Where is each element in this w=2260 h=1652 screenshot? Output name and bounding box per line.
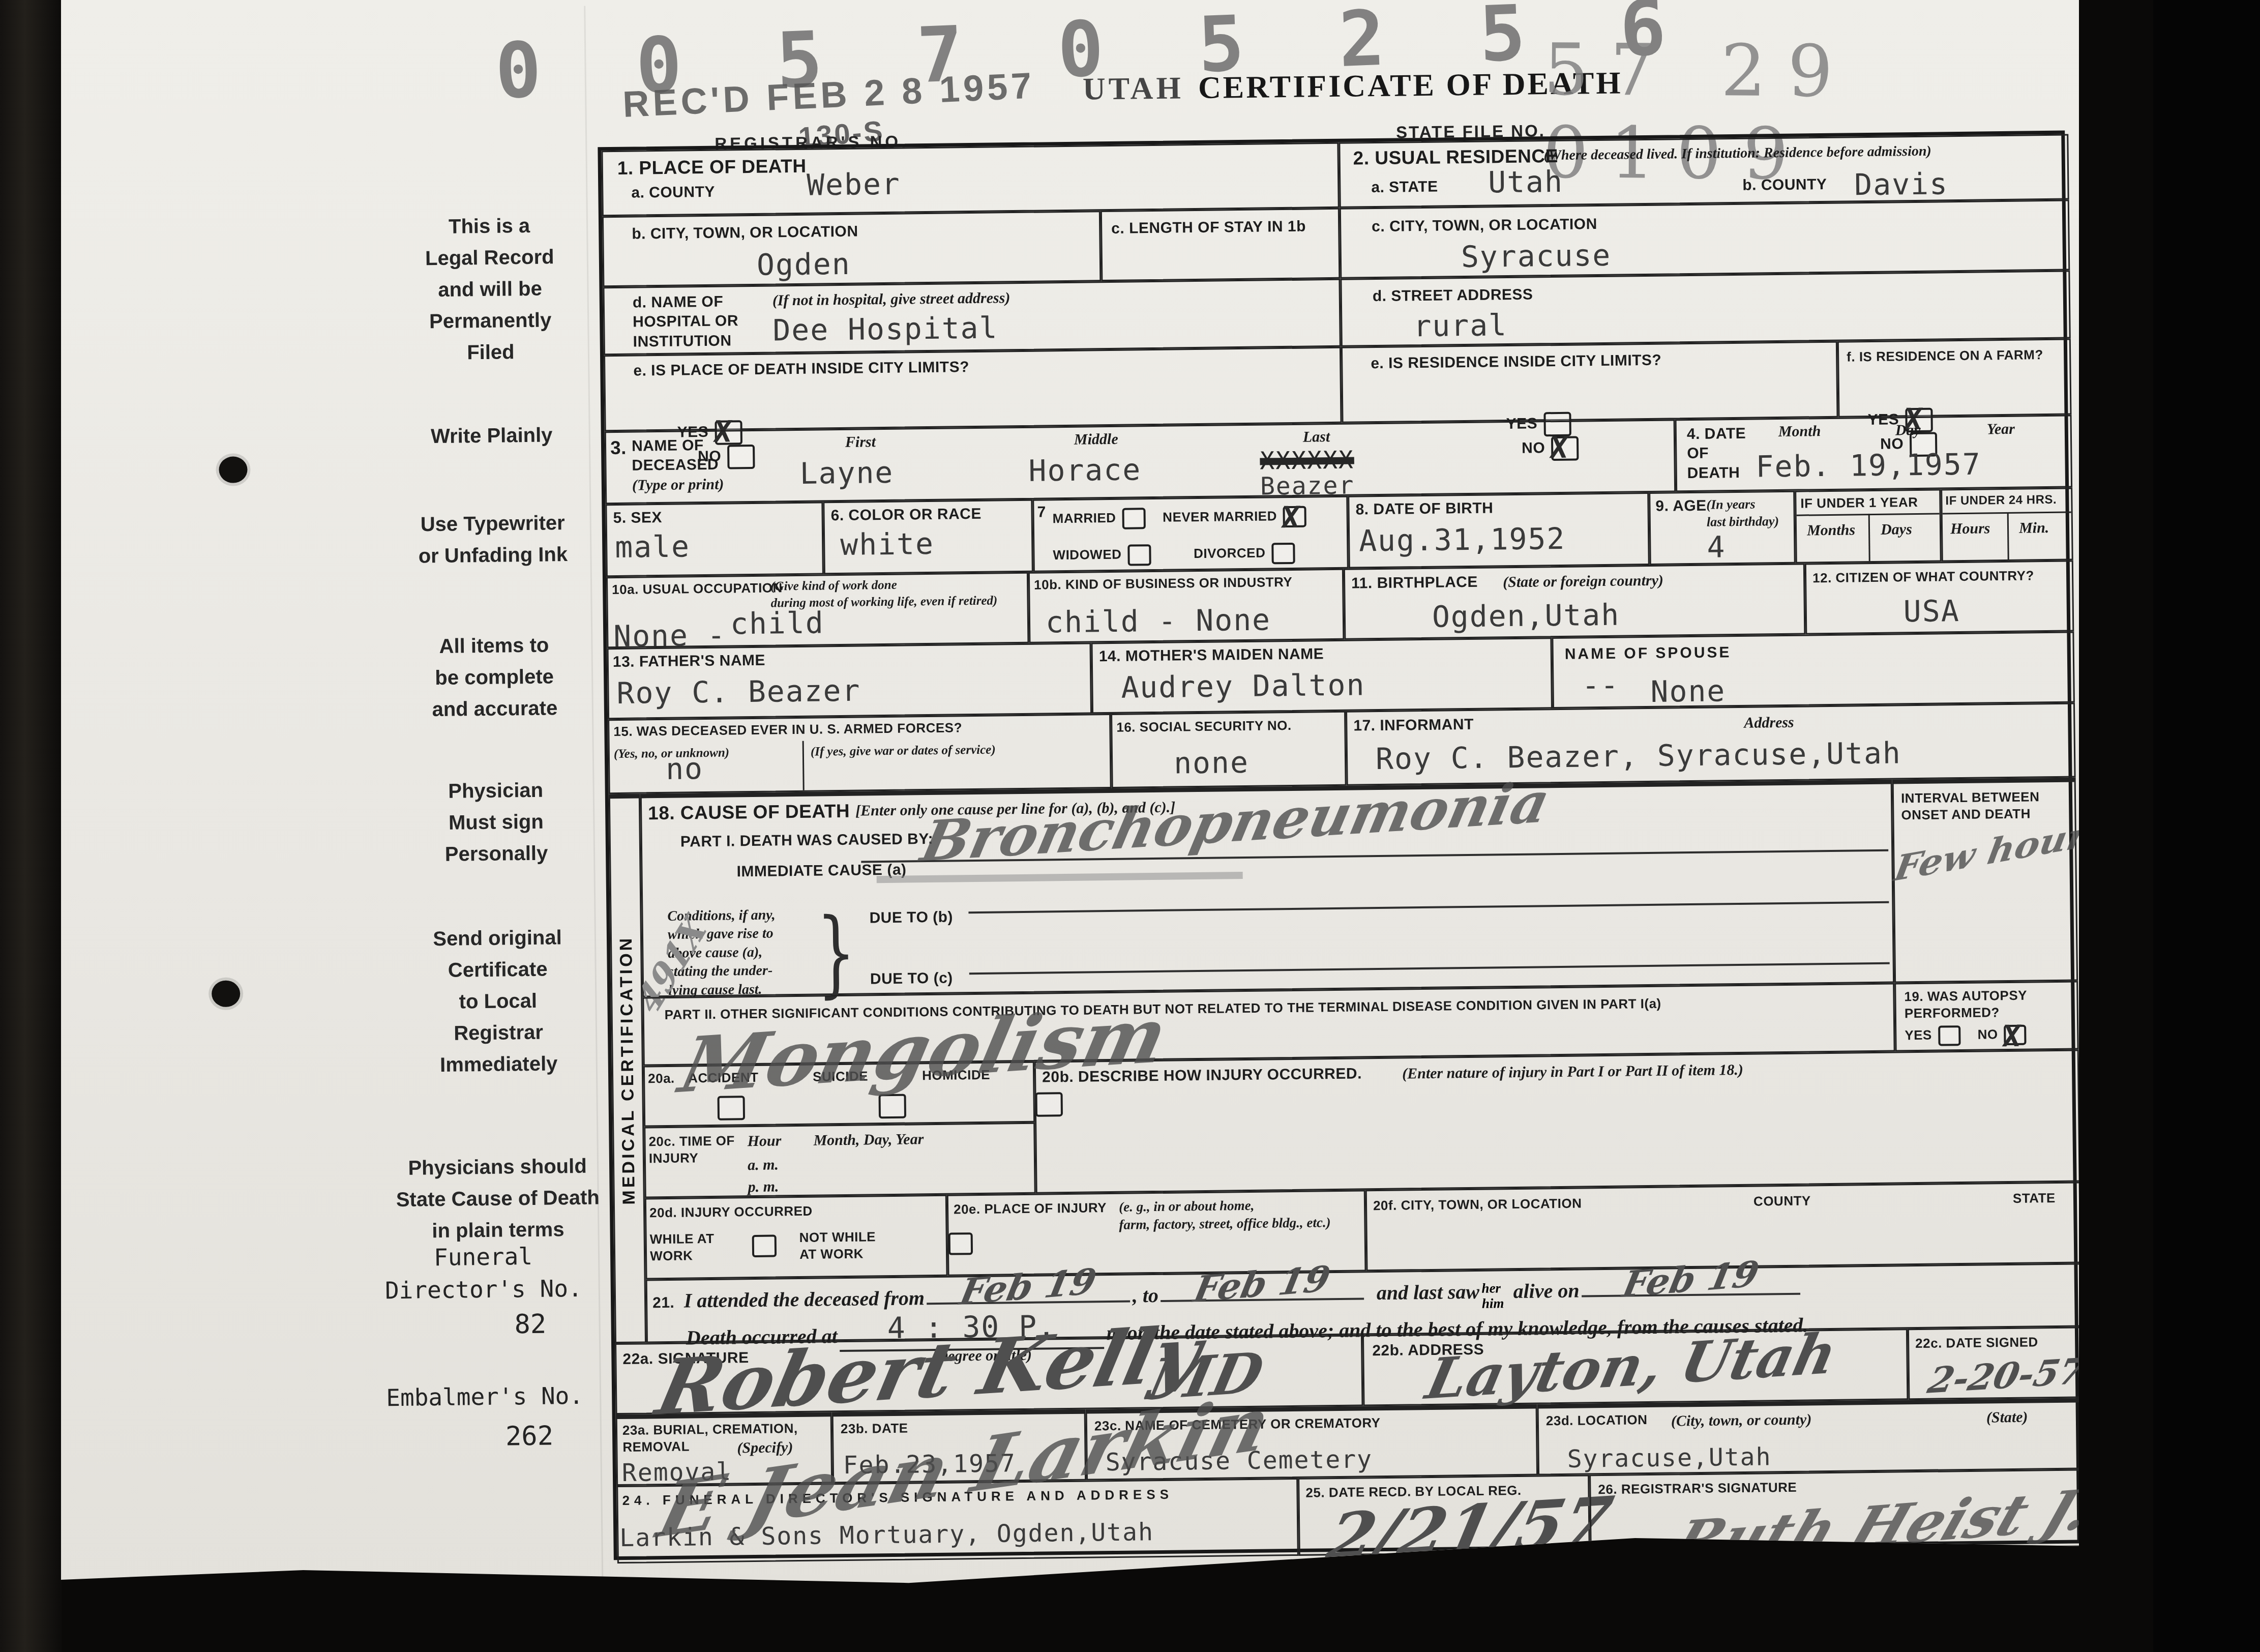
margin-note-complete-accurate: All items to be complete and accurate <box>374 629 614 726</box>
attended-text: I attended the deceased from <box>684 1286 925 1312</box>
field-name-of-deceased: 3. NAME OF DECEASED (Type or print) Firs… <box>605 419 1676 504</box>
field-date-received: 25. DATE RECD. BY LOCAL REG. 2/21/57 <box>1298 1474 1590 1555</box>
punch-hole <box>212 980 241 1007</box>
field-name-of-spouse: NAME OF SPOUSE -- None <box>1552 631 2075 709</box>
attended-to-underline: Feb 19 <box>1161 1297 1364 1302</box>
embalmers-no-value: 262 <box>505 1418 554 1456</box>
first-label: First <box>845 432 876 452</box>
scan-tilt-wrapper: 0 0 5 7 0 5 2 5 6 REC'D FEB 2 8 1957 130… <box>52 0 2088 1614</box>
field-cause-of-death: 18. CAUSE OF DEATH [Enter only one cause… <box>640 780 1894 997</box>
margin-note-send-original: Send original Certificate to Local Regis… <box>378 921 618 1081</box>
field-label: NAME OF SPOUSE <box>1565 643 1732 664</box>
field-number: 7 <box>1037 503 1046 522</box>
field-label: 14. MOTHER'S MAIDEN NAME <box>1099 644 1324 666</box>
field-social-security: 16. SOCIAL SECURITY NO. none <box>1111 711 1347 788</box>
state-hint: (State) <box>1986 1407 2028 1428</box>
burial-location-value: Syracuse,Utah <box>1567 1442 1771 1473</box>
embalmers-no-label: Embalmer's No. <box>342 1379 628 1415</box>
informant-value: Roy C. Beazer, Syracuse,Utah <box>1376 735 1901 776</box>
scanner-left-band <box>0 0 62 1652</box>
field-hint: (State or foreign country) <box>1503 571 1663 593</box>
field-label: 8. DATE OF BIRTH <box>1355 498 1493 519</box>
field-interval-onset-death: INTERVAL BETWEEN ONSET AND DEATH Few hou… <box>1892 777 2078 983</box>
field-residence-farm: f. IS RESIDENCE ON A FARM? YESX NO <box>1837 339 2072 418</box>
ink-smudge <box>877 872 1243 883</box>
x-mark: X <box>2001 1019 2023 1054</box>
her-label: her <box>1481 1281 1504 1296</box>
months-label: Months <box>1807 520 1855 540</box>
county-label: COUNTY <box>1753 1192 1811 1210</box>
field-residence-city-limits: e. IS RESIDENCE INSIDE CITY LIMITS? YES … <box>1341 341 1838 423</box>
margin-note-typewriter: Use Typewriter or Unfading Ink <box>373 507 612 572</box>
county-label: a. COUNTY <box>631 183 715 203</box>
field-armed-forces: 15. WAS DECEASED EVER IN U. S. ARMED FOR… <box>608 714 1112 794</box>
field-label: f. IS RESIDENCE ON A FARM? <box>1847 346 2043 366</box>
field-number: 21. <box>652 1294 675 1311</box>
mother-value: Audrey Dalton <box>1121 667 1365 704</box>
field-hint: (City, town, or county) <box>1671 1409 1812 1431</box>
county-value: Davis <box>1854 166 1948 202</box>
field-label: 9. AGE <box>1655 496 1707 517</box>
married-checkbox <box>1122 508 1145 529</box>
field-label: 26. REGISTRAR'S SIGNATURE <box>1598 1479 1797 1498</box>
field-hospital: d. NAME OF HOSPITAL OR INSTITUTION (If n… <box>603 279 1341 355</box>
spouse-value-dash: -- <box>1582 668 1620 703</box>
divider <box>1868 514 1870 561</box>
spouse-value: None <box>1650 673 1726 709</box>
scanner-right-band <box>2153 0 2260 1652</box>
hours-label: Hours <box>1950 518 1990 539</box>
yes-no-row: YES NOX <box>1905 1024 2033 1046</box>
field-number: 3. <box>610 436 627 460</box>
min-label: Min. <box>2019 518 2049 538</box>
age-value: 4 <box>1707 529 1726 564</box>
her-him-stack: herhim <box>1481 1281 1504 1311</box>
yes-checkbox <box>1938 1025 1960 1046</box>
field-hint: (e. g., in or about home, farm, factory,… <box>1119 1196 1331 1234</box>
day-label: Day <box>1895 420 1921 440</box>
alive-on-underline: Feb 19 <box>1582 1293 1800 1297</box>
part1-label: PART I. DEATH WAS CAUSED BY: <box>680 830 934 852</box>
not-while-at-work-label: NOT WHILE AT WORK <box>799 1228 876 1263</box>
field-label: b. CITY, TOWN, OR LOCATION <box>632 222 858 244</box>
field-label: NAME OF DECEASED <box>632 436 719 476</box>
widowed-label: WIDOWED <box>1053 547 1121 563</box>
medical-certification-label: MEDICAL CERTIFICATION <box>616 935 639 1204</box>
margin-note-physician-sign: Physician Must sign Personally <box>376 774 616 871</box>
field-sex: 5. SEX male <box>605 501 824 577</box>
field-time-of-injury: 20c. TIME OF INJURY Hour a. m. p. m. Mon… <box>644 1123 1036 1198</box>
field-label: 6. COLOR OR RACE <box>830 505 982 526</box>
margin-note-write-plainly: Write Plainly <box>372 419 611 453</box>
married-label: MARRIED <box>1053 510 1116 526</box>
field-date-of-death: 4. DATE OF DEATH Month Day Year Feb. 19,… <box>1675 415 2073 492</box>
county-value: Weber <box>807 167 901 202</box>
field-if-under-24-hrs: IF UNDER 24 HRS. Hours Min. <box>1941 487 2073 562</box>
field-label: 1. PLACE OF DEATH <box>617 154 807 181</box>
state-label: a. STATE <box>1371 178 1438 198</box>
city-value: Ogden <box>757 247 851 282</box>
street-value: rural <box>1413 308 1507 343</box>
brace: } <box>816 898 856 1008</box>
father-value: Roy C. Beazer <box>616 673 861 711</box>
yes-label: YES <box>1905 1027 1932 1043</box>
county-label: b. COUNTY <box>1742 175 1827 195</box>
divider <box>2007 512 2009 559</box>
page-title: UTAH CERTIFICATE OF DEATH <box>1083 65 1623 107</box>
no-checkbox: X <box>2004 1025 2026 1045</box>
field-label: 15. WAS DECEASED EVER IN U. S. ARMED FOR… <box>613 719 962 740</box>
field-birthplace: 11. BIRTHPLACE (State or foreign country… <box>1344 563 1806 639</box>
margin-note-plain-terms: Physicians should State Cause of Death i… <box>340 1149 656 1248</box>
state-value: Utah <box>1488 164 1563 200</box>
field-color-or-race: 6. COLOR OR RACE white <box>823 499 1033 575</box>
date-of-death-value: Feb. 19,1957 <box>1756 447 1981 484</box>
field-burial-location: 23d. LOCATION (City, town, or county) (S… <box>1537 1398 2084 1475</box>
middle-name: Horace <box>1028 452 1141 488</box>
x-mark: X <box>1280 500 1302 535</box>
am-label: a. m. <box>748 1155 779 1175</box>
funeral-director-no-value: 82 <box>514 1306 546 1344</box>
state-label: STATE <box>2013 1190 2056 1207</box>
middle-label: Middle <box>1074 429 1118 450</box>
field-hint: (Enter nature of injury in Part I or Par… <box>1402 1060 1743 1084</box>
field-autopsy: 19. WAS AUTOPSY PERFORMED? YES NOX <box>1894 981 2079 1051</box>
field-usual-occupation: 10a. USUAL OCCUPATION (Give kind of work… <box>606 572 1029 648</box>
ssn-value: none <box>1174 745 1249 781</box>
race-value: white <box>840 526 934 562</box>
punch-hole <box>219 456 248 483</box>
business-value: child - None <box>1046 602 1271 639</box>
due-to-b-label: DUE TO (b) <box>869 908 953 928</box>
field-funeral-director: 24. FUNERAL DIRECTOR'S SIGNATURE AND ADD… <box>616 1478 1299 1563</box>
field-label: 17. INFORMANT <box>1353 715 1474 736</box>
field-label: 20c. TIME OF INJURY <box>648 1132 735 1167</box>
field-place-of-death: 1. PLACE OF DEATH a. COUNTY Weber <box>601 142 1339 216</box>
field-describe-injury: 20b. DESCRIBE HOW INJURY OCCURRED. (Ente… <box>1034 1049 2080 1193</box>
field-hint-2: (If yes, give war or dates of service) <box>811 741 1101 760</box>
field-usual-residence: 2. USUAL RESIDENCE (Where deceased lived… <box>1339 134 2069 208</box>
last-saw-text: and last saw <box>1377 1280 1480 1304</box>
certificate-form: 1. PLACE OF DEATH a. COUNTY Weber 2. USU… <box>598 131 2080 1560</box>
field-label: 20d. INJURY OCCURRED <box>649 1203 813 1222</box>
field-date-of-birth: 8. DATE OF BIRTH Aug.31,1952 <box>1348 492 1650 569</box>
dob-value: Aug.31,1952 <box>1359 521 1566 558</box>
field-label: INTERVAL BETWEEN ONSET AND DEATH <box>1901 788 2040 824</box>
field-label: IF UNDER 24 HRS. <box>1945 492 2057 509</box>
cause-c-line <box>969 962 1890 975</box>
field-label: 20f. CITY, TOWN, OR LOCATION <box>1373 1195 1582 1215</box>
field-label: 19. WAS AUTOPSY PERFORMED? <box>1904 987 2027 1022</box>
field-label: d. NAME OF HOSPITAL OR INSTITUTION <box>633 292 739 352</box>
field-label: 10a. USUAL OCCUPATION <box>612 579 783 598</box>
field-hint: (If not in hospital, give street address… <box>772 288 1010 310</box>
alive-on-text: alive on <box>1513 1279 1579 1303</box>
field-label: 18. CAUSE OF DEATH <box>648 799 850 825</box>
field-hint: (Where deceased lived. If institution: R… <box>1543 141 2062 165</box>
citizen-value: USA <box>1903 594 1960 629</box>
address-label: Address <box>1744 713 1794 733</box>
field-number: 20a. <box>648 1070 675 1087</box>
never-married-checkbox: X <box>1283 506 1306 528</box>
field-label: 5. SEX <box>613 508 662 528</box>
occupation-value-2: child <box>730 605 824 641</box>
while-at-work-label: WHILE AT WORK <box>650 1230 715 1265</box>
field-label: 12. CITIZEN OF WHAT COUNTRY? <box>1812 567 2034 586</box>
attended-from-underline: Feb 19 <box>927 1301 1131 1305</box>
widowed-checkbox <box>1127 544 1151 566</box>
field-marital-status: 7 MARRIED NEVER MARRIEDX WIDOWED DIVORCE… <box>1032 496 1349 572</box>
date-signed-handwritten: 2-20-57 <box>1924 1349 2089 1401</box>
suicide-checkbox <box>879 1094 907 1119</box>
year-label: Year <box>1987 419 2015 439</box>
field-length-of-stay: c. LENGTH OF STAY IN 1b <box>1101 208 1341 281</box>
cause-b-line <box>968 901 1889 914</box>
days-label: Days <box>1881 519 1912 540</box>
field-label: 22c. DATE SIGNED <box>1915 1334 2038 1352</box>
hospital-value: Dee Hospital <box>772 310 998 347</box>
field-injury-occurred: 20d. INJURY OCCURRED WHILE AT WORK NOT W… <box>645 1195 948 1280</box>
sex-value: male <box>615 529 690 565</box>
field-fathers-name: 13. FATHER'S NAME Roy C. Beazer <box>607 642 1092 719</box>
field-informant: 17. INFORMANT Address Roy C. Beazer, Syr… <box>1346 702 2076 785</box>
address-handwritten: Layton, Utah <box>1420 1320 1842 1412</box>
field-mothers-maiden-name: 14. MOTHER'S MAIDEN NAME Audrey Dalton <box>1091 637 1553 714</box>
divider <box>802 741 805 790</box>
field-death-city-limits: e. IS PLACE OF DEATH INSIDE CITY LIMITS?… <box>604 347 1342 431</box>
widowed-row: WIDOWED DIVORCED <box>1053 543 1301 567</box>
field-street-address: d. STREET ADDRESS rural <box>1340 271 2070 347</box>
field-label: c. LENGTH OF STAY IN 1b <box>1111 217 1330 239</box>
field-physician-address: 22b. ADDRESS Layton, Utah <box>1362 1329 1909 1406</box>
field-citizen: 12. CITIZEN OF WHAT COUNTRY? USA <box>1805 560 2074 634</box>
field-age: 9. AGE (In years last birthday) 4 <box>1649 491 1796 565</box>
field-if-under-1-year: IF UNDER 1 YEAR Months Days <box>1795 489 1942 563</box>
field-label: d. STREET ADDRESS <box>1373 285 1533 307</box>
first-name: Layne <box>799 455 894 491</box>
divorced-label: DIVORCED <box>1194 545 1266 561</box>
field-label: IF UNDER 1 YEAR <box>1800 494 1918 512</box>
field-residence-city: c. CITY, TOWN, OR LOCATION Syracuse <box>1340 200 2070 279</box>
field-label: 23d. LOCATION <box>1546 1411 1648 1430</box>
never-married-label: NEVER MARRIED <box>1163 508 1277 525</box>
title-state: UTAH <box>1083 71 1184 106</box>
due-to-c-label: DUE TO (c) <box>870 969 953 989</box>
armed-forces-value: no <box>666 751 704 786</box>
field-label: 4. DATE OF DEATH <box>1687 424 1747 483</box>
hour-label: Hour <box>747 1131 781 1151</box>
field-registrar-signature: 26. REGISTRAR'S SIGNATURE Ruth Heist J.L… <box>1589 1469 2085 1552</box>
field-label: c. CITY, TOWN, OR LOCATION <box>1372 215 1597 237</box>
last-label: Last <box>1303 427 1330 447</box>
field-kind-of-business: 10b. KIND OF BUSINESS OR INDUSTRY child … <box>1028 569 1345 643</box>
field-label: e. IS PLACE OF DEATH INSIDE CITY LIMITS? <box>633 358 969 381</box>
field-date-signed: 22c. DATE SIGNED 2-20-57 <box>1908 1326 2083 1400</box>
no-label: NO <box>1977 1026 1998 1042</box>
month-label: Month <box>1778 421 1821 441</box>
margin-note-legal-record: This is a Legal Record and will be Perma… <box>370 209 610 369</box>
field-hint: (Type or print) <box>632 475 724 495</box>
pm-label: p. m. <box>748 1176 779 1197</box>
divorced-checkbox <box>1271 543 1295 565</box>
field-label: 10b. KIND OF BUSINESS OR INDUSTRY <box>1034 574 1293 594</box>
field-city-of-death: b. CITY, TOWN, OR LOCATION Ogden <box>602 211 1102 287</box>
field-label: 13. FATHER'S NAME <box>613 651 766 672</box>
field-label: e. IS RESIDENCE INSIDE CITY LIMITS? <box>1371 351 1661 374</box>
field-label: 16. SOCIAL SECURITY NO. <box>1116 717 1292 736</box>
city-value: Syracuse <box>1461 238 1612 274</box>
funeral-director-no-label: Funeral Director's No. <box>341 1239 626 1308</box>
month-day-year-label: Month, Day, Year <box>813 1129 924 1150</box>
birthplace-value: Ogden,Utah <box>1432 598 1620 634</box>
field-label: 20e. PLACE OF INJURY <box>954 1199 1107 1218</box>
while-at-work-checkbox <box>752 1235 777 1258</box>
field-hint: (In years last birthday) <box>1706 495 1779 530</box>
to-text: , to <box>1133 1284 1159 1307</box>
married-row: MARRIED NEVER MARRIEDX <box>1052 506 1313 530</box>
certificate-paper: 0 0 5 7 0 5 2 5 6 REC'D FEB 2 8 1957 130… <box>61 0 2079 1602</box>
field-label: 11. BIRTHPLACE <box>1351 573 1478 594</box>
